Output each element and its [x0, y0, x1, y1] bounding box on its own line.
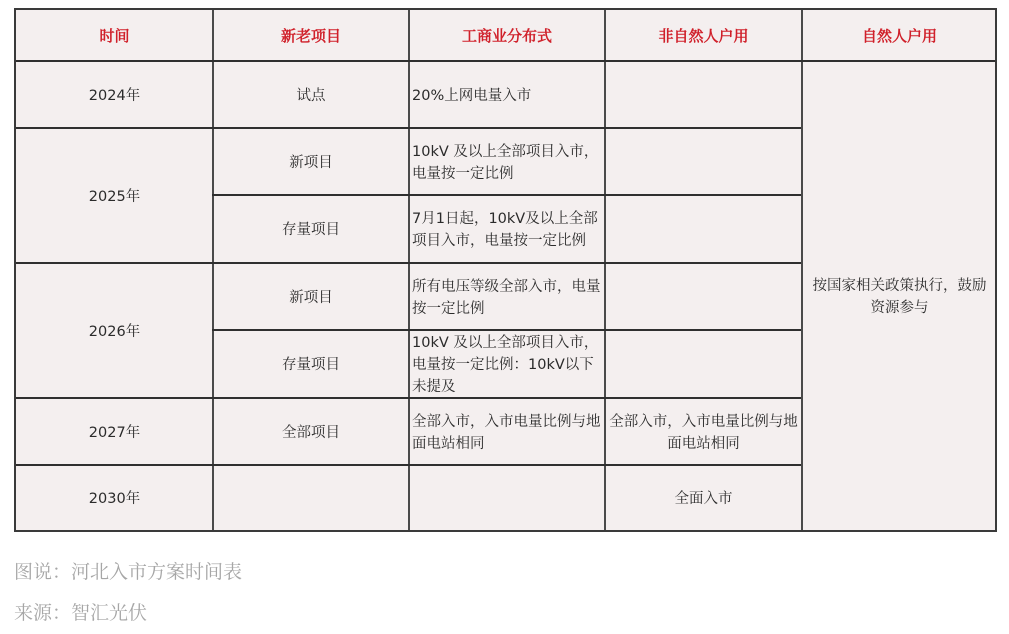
project-existing-2026: 存量项目: [213, 331, 409, 399]
figure-caption: 图说：河北入市方案时间表: [14, 557, 242, 584]
header-non-natural-household: 非自然人户用: [605, 10, 802, 61]
commercial-2025-new: 10kV 及以上全部项目入市，电量按一定比例: [409, 129, 605, 196]
natural-household-merged: 按国家相关政策执行，鼓励资源参与: [802, 62, 997, 532]
project-existing-2025: 存量项目: [213, 196, 409, 264]
non-natural-2026-existing: [605, 331, 802, 399]
divider: [16, 464, 801, 466]
divider: [212, 10, 214, 530]
divider: [16, 262, 801, 264]
policy-timeline-table: 时间 新老项目 工商业分布式 非自然人户用 自然人户用 2024年 2025年 …: [14, 8, 997, 532]
header-project-type: 新老项目: [213, 10, 409, 61]
year-2024: 2024年: [16, 62, 213, 129]
project-new-2026: 新项目: [213, 264, 409, 331]
header-time: 时间: [16, 10, 213, 61]
header-commercial-distributed: 工商业分布式: [409, 10, 605, 61]
non-natural-2025-existing: [605, 196, 802, 264]
project-2030: [213, 466, 409, 532]
commercial-2026-new: 所有电压等级全部入市，电量按一定比例: [409, 264, 605, 331]
year-2030: 2030年: [16, 466, 213, 532]
commercial-2030: [409, 466, 605, 532]
commercial-2024: 20%上网电量入市: [409, 62, 605, 129]
commercial-2027: 全部入市，入市电量比例与地面电站相同: [409, 399, 605, 466]
year-2027: 2027年: [16, 399, 213, 466]
divider: [408, 10, 410, 530]
divider: [16, 60, 995, 62]
project-new-2025: 新项目: [213, 129, 409, 196]
non-natural-2027: 全部入市，入市电量比例与地面电站相同: [605, 399, 802, 466]
non-natural-2030: 全面入市: [605, 466, 802, 532]
commercial-2026-existing: 10kV 及以上全部项目入市，电量按一定比例：10kV以下未提及: [409, 331, 605, 399]
source-caption: 来源：智汇光伏: [14, 598, 147, 625]
project-all-2027: 全部项目: [213, 399, 409, 466]
divider: [16, 127, 801, 129]
non-natural-2026-new: [605, 264, 802, 331]
project-pilot: 试点: [213, 62, 409, 129]
divider: [212, 194, 801, 196]
divider: [212, 329, 801, 331]
header-natural-household: 自然人户用: [802, 10, 997, 61]
non-natural-2025-new: [605, 129, 802, 196]
divider: [16, 397, 801, 399]
year-2025: 2025年: [16, 129, 213, 264]
divider: [604, 10, 606, 530]
commercial-2025-existing: 7月1日起，10kV及以上全部项目入市，电量按一定比例: [409, 196, 605, 264]
divider: [801, 10, 803, 530]
non-natural-2024: [605, 62, 802, 129]
year-2026: 2026年: [16, 264, 213, 399]
